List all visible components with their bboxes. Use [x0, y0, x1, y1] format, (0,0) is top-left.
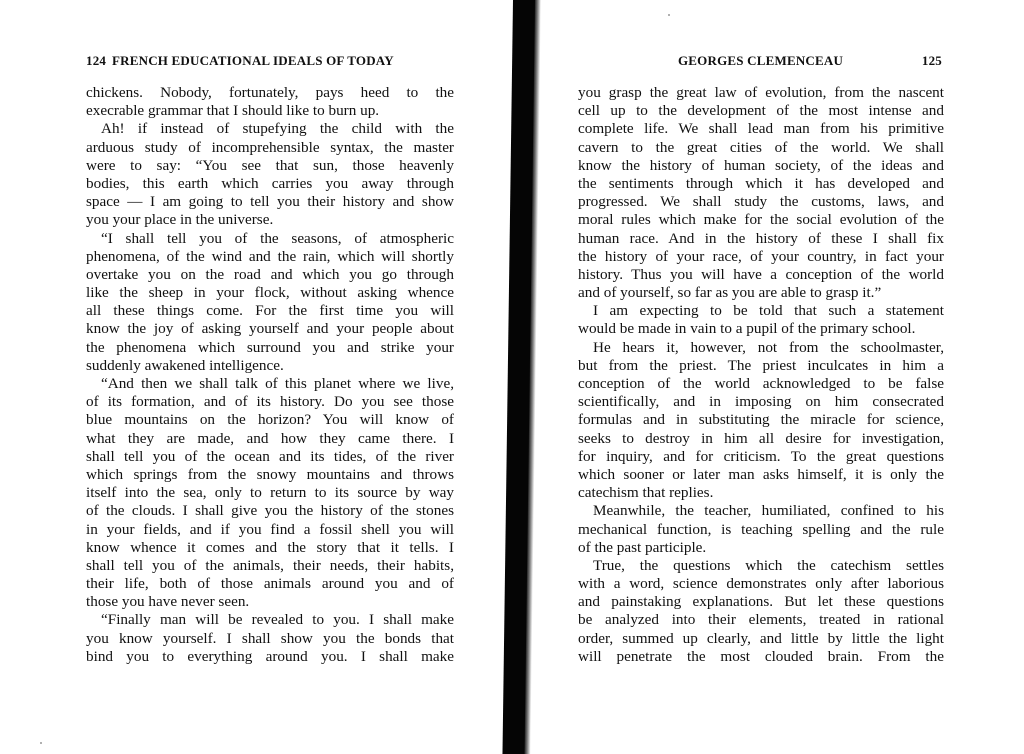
- text-line: phenomena, of the wind and the rain, whi…: [86, 248, 454, 266]
- text-line: but from the priest. The priest inculcat…: [578, 357, 944, 375]
- text-line: mechanical function, is teaching spellin…: [578, 521, 944, 539]
- text-line: the history of your race, of your countr…: [578, 248, 944, 266]
- text-line: progressed. We shall study the customs, …: [578, 193, 944, 211]
- text-line: were to say: “You see that sun, those he…: [86, 157, 454, 175]
- text-line: like the sheep in your flock, without as…: [86, 284, 454, 302]
- text-line: you your place in the universe.: [86, 211, 454, 229]
- text-line: scientifically, and in imposing on him c…: [578, 393, 944, 411]
- text-line: history. Thus you will have a conception…: [578, 266, 944, 284]
- running-head-title: FRENCH EDUCATIONAL IDEALS OF TODAY: [112, 53, 394, 69]
- text-line: I am expecting to be told that such a st…: [578, 302, 944, 320]
- text-line: the sentiments through which it has deve…: [578, 175, 944, 193]
- text-line: those you have never seen.: [86, 593, 454, 611]
- text-line: and painstaking explanations. But let th…: [578, 593, 944, 611]
- text-line: you know yourself. I shall show you the …: [86, 630, 454, 648]
- text-line: “And then we shall talk of this planet w…: [86, 375, 454, 393]
- text-line: shall tell you of the animals, their nee…: [86, 557, 454, 575]
- text-line: chickens. Nobody, fortunately, pays heed…: [86, 84, 454, 102]
- right-running-head: GEORGES CLEMENCEAU 125: [578, 53, 944, 71]
- text-line: arduous study of incomprehensible syntax…: [86, 139, 454, 157]
- text-line: be analyzed into their elements, treated…: [578, 611, 944, 629]
- text-line: “I shall tell you of the seasons, of atm…: [86, 230, 454, 248]
- text-line: bind you to everything around you. I sha…: [86, 648, 454, 666]
- text-line: and of yourself, so far as you are able …: [578, 284, 944, 302]
- text-line: complete life. We shall lead man from hi…: [578, 120, 944, 138]
- text-line: would be made in vain to a pupil of the …: [578, 320, 944, 338]
- page-number: 124: [86, 53, 106, 69]
- text-line: for inquiry, and for criticism. To the g…: [578, 448, 944, 466]
- left-page-body-text: chickens. Nobody, fortunately, pays heed…: [86, 84, 454, 666]
- text-line: human race. And in the history of these …: [578, 230, 944, 248]
- text-line: catechism that replies.: [578, 484, 944, 502]
- text-line: with a word, science demonstrates only a…: [578, 575, 944, 593]
- text-line: Meanwhile, the teacher, humiliated, conf…: [578, 502, 944, 520]
- text-line: order, summed up clearly, and little by …: [578, 630, 944, 648]
- book-spread: 124 FRENCH EDUCATIONAL IDEALS OF TODAY c…: [0, 0, 1024, 754]
- scan-speck: [40, 742, 42, 744]
- text-line: of its formation, and of its history. Do…: [86, 393, 454, 411]
- scan-speck: [668, 14, 670, 16]
- text-line: of the clouds. I shall give you the hist…: [86, 502, 454, 520]
- text-line: execrable grammar that I should like to …: [86, 102, 454, 120]
- text-line: know whence it comes and the story that …: [86, 539, 454, 557]
- text-line: of the past participle.: [578, 539, 944, 557]
- text-line: bodies, this earth which carries you awa…: [86, 175, 454, 193]
- text-line: know the history of human society, of th…: [578, 157, 944, 175]
- text-line: formulas and in substituting the miracle…: [578, 411, 944, 429]
- text-line: moral rules which make for the social ev…: [578, 211, 944, 229]
- text-line: blue mountains on the horizon? You will …: [86, 411, 454, 429]
- running-head-title: GEORGES CLEMENCEAU: [678, 53, 843, 69]
- text-line: know the joy of asking yourself and your…: [86, 320, 454, 338]
- text-line: all these things come. For the first tim…: [86, 302, 454, 320]
- text-line: what they are made, and how they came th…: [86, 430, 454, 448]
- text-line: which springs from the snowy mountains a…: [86, 466, 454, 484]
- text-line: space — I am going to tell you their his…: [86, 193, 454, 211]
- text-line: He hears it, however, not from the schoo…: [578, 339, 944, 357]
- text-line: overtake you on the road and which you g…: [86, 266, 454, 284]
- text-line: seeks to destroy in him all desire for i…: [578, 430, 944, 448]
- text-line: the phenomena which surround you and str…: [86, 339, 454, 357]
- text-line: True, the questions which the catechism …: [578, 557, 944, 575]
- text-line: cavern to the great cities of the world.…: [578, 139, 944, 157]
- text-line: you grasp the great law of evolution, fr…: [578, 84, 944, 102]
- text-line: in your fields, and if you find a fossil…: [86, 521, 454, 539]
- text-line: conception of the world acknowledged to …: [578, 375, 944, 393]
- text-line: cell up to the development of the most i…: [578, 102, 944, 120]
- right-page-body-text: you grasp the great law of evolution, fr…: [578, 84, 944, 666]
- text-line: “Finally man will be revealed to you. I …: [86, 611, 454, 629]
- text-line: which sooner or later man asks himself, …: [578, 466, 944, 484]
- text-line: itself into the sea, only to return to i…: [86, 484, 454, 502]
- left-running-head: 124 FRENCH EDUCATIONAL IDEALS OF TODAY: [86, 53, 454, 71]
- page-number: 125: [922, 53, 942, 69]
- text-line: will penetrate the most clouded brain. F…: [578, 648, 944, 666]
- text-line: their life, both of those animals around…: [86, 575, 454, 593]
- text-line: Ah! if instead of stupefying the child w…: [86, 120, 454, 138]
- text-line: shall tell you of the ocean and its tide…: [86, 448, 454, 466]
- text-line: suddenly awakened intelligence.: [86, 357, 454, 375]
